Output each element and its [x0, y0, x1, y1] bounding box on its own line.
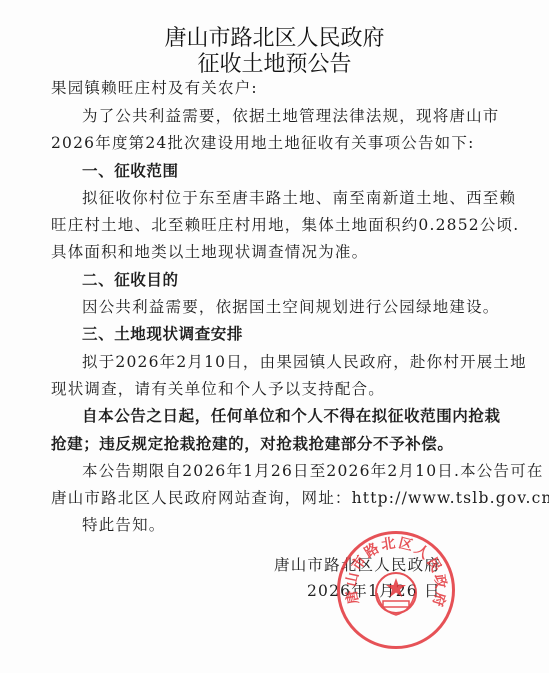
- scope-line-2: 旺庄村土地、北至赖旺庄村用地，集体土地面积约0.2852公顷.: [51, 215, 491, 235]
- notice-document: 唐山市路北区人民政府 征收土地预公告 果园镇赖旺庄村及有关农户: 为了公共利益需…: [0, 0, 549, 673]
- section-heading-scope: 一、征收范围: [82, 161, 522, 181]
- official-seal: 唐山市路北区人民政府: [337, 531, 455, 649]
- period-line-1: 本公告期限自2026年1月26日至2026年2月10日.本公告可在: [82, 461, 522, 481]
- intro-line-1: 为了公共利益需要，依据土地管理法律法规，现将唐山市: [82, 106, 522, 126]
- section-heading-purpose: 二、征收目的: [82, 270, 522, 290]
- survey-line-2: 现状调查，请有关单位和个人予以支持配合。: [51, 379, 491, 399]
- section-heading-survey: 三、土地现状调查安排: [82, 324, 522, 344]
- document-title-notice: 征收土地预公告: [0, 47, 549, 78]
- salutation: 果园镇赖旺庄村及有关农户:: [51, 78, 491, 98]
- survey-line-1: 拟于2026年2月10日，由果园镇人民政府，赴你村开展土地: [82, 352, 522, 372]
- scope-line-1: 拟征收你村位于东至唐丰路土地、南至南新道土地、西至赖: [82, 188, 522, 208]
- closing-text: 特此告知。: [82, 515, 522, 535]
- intro-line-2: 2026年度第24批次建设用地土地征收有关事项公告如下:: [51, 133, 491, 153]
- purpose-line-1: 因公共利益需要，依据国土空间规划进行公园绿地建设。: [82, 297, 522, 317]
- warning-line-1: 自本公告之日起，任何单位和个人不得在拟征收范围内抢栽: [82, 406, 522, 426]
- period-line-2: 唐山市路北区人民政府网站查询，网址：http://www.tslb.gov.cn…: [51, 488, 491, 508]
- warning-line-2: 抢建；违反规定抢栽抢建的，对抢栽抢建部分不予补偿。: [51, 434, 491, 454]
- seal-emblem-icon: 唐山市路北区人民政府: [337, 531, 455, 649]
- scope-line-3: 具体面积和地类以土地现状调查情况为准。: [51, 242, 491, 262]
